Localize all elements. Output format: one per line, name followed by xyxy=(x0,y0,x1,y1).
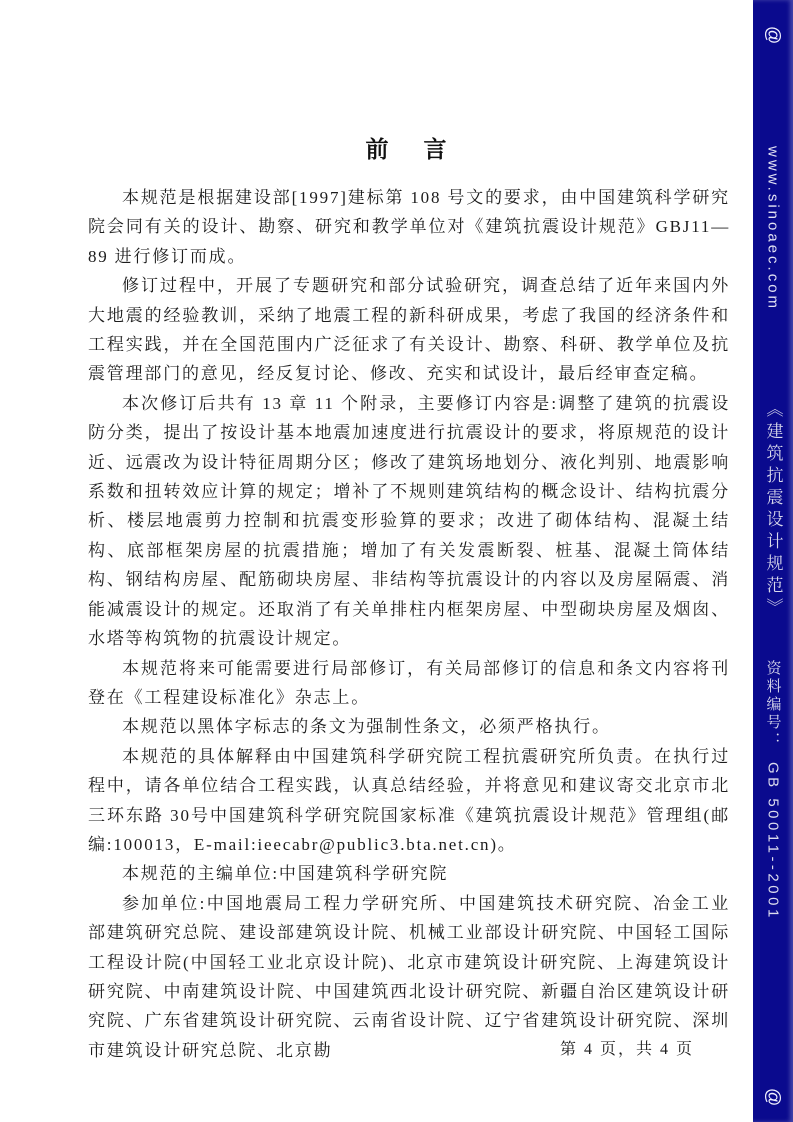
body-paragraph-6: 本规范的具体解释由中国建筑科学研究院工程抗震研究所负责。在执行过程中，请各单位结… xyxy=(88,742,730,860)
body-paragraph-2: 修订过程中，开展了专题研究和部分试验研究，调查总结了近年来国内外大地震的经验教训… xyxy=(88,271,730,389)
doc-number-value: GB 50011--2001 xyxy=(765,762,782,921)
body-paragraph-5: 本规范以黑体字标志的条文为强制性条文，必须严格执行。 xyxy=(88,712,730,741)
preface-title: 前 言 xyxy=(88,131,730,164)
document-page: 前 言 本规范是根据建设部[1997]建标第 108 号文的要求，由中国建筑科学… xyxy=(0,0,793,1122)
body-paragraph-4: 本规范将来可能需要进行局部修订，有关局部修订的信息和条文内容将刊登在《工程建设标… xyxy=(88,654,730,713)
doc-number-label: 资料编号： xyxy=(765,660,781,750)
at-icon-top: @ xyxy=(763,26,784,44)
website-watermark: www.sinoaec.com xyxy=(765,146,782,311)
page-number-footer: 第 4 页，共 4 页 xyxy=(560,1036,694,1059)
watermark-sidebar: @ www.sinoaec.com 《建筑抗震设计规范》 资料编号：GB 500… xyxy=(753,0,793,1122)
preface-content: 前 言 本规范是根据建设部[1997]建标第 108 号文的要求，由中国建筑科学… xyxy=(88,131,730,1065)
body-paragraph-3: 本次修订后共有 13 章 11 个附录，主要修订内容是:调整了建筑的抗震设防分类… xyxy=(88,389,730,654)
at-icon-bottom: @ xyxy=(763,1088,784,1106)
body-paragraph-1: 本规范是根据建设部[1997]建标第 108 号文的要求，由中国建筑科学研究院会… xyxy=(88,183,730,271)
book-title-vertical: 《建筑抗震设计规范》 xyxy=(761,400,786,620)
doc-number-vertical: 资料编号：GB 50011--2001 xyxy=(763,660,784,921)
body-paragraph-7: 本规范的主编单位:中国建筑科学研究院 xyxy=(88,859,730,888)
